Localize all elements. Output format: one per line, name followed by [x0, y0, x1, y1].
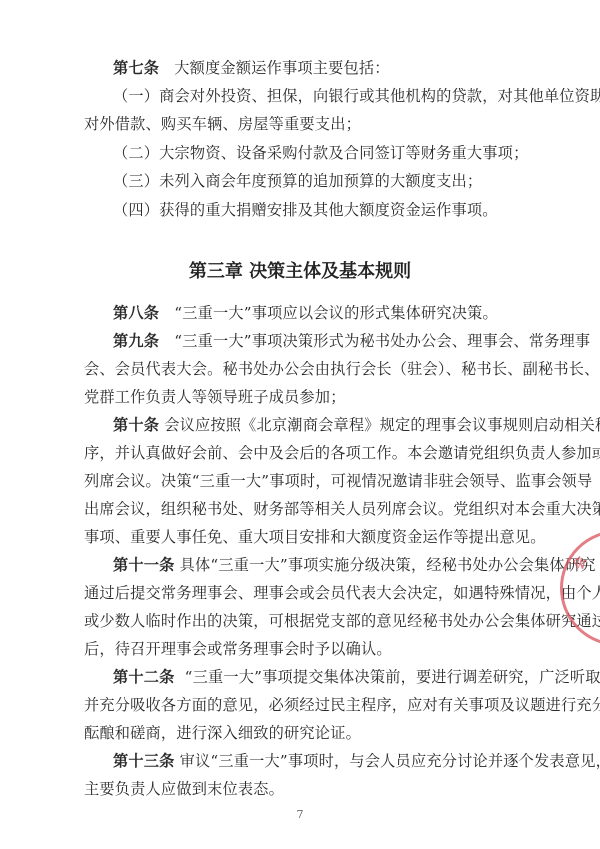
article-12-line-3: 酝酿和磋商，进行深入细致的研究论证。 — [84, 723, 361, 743]
page-number: 7 — [0, 808, 600, 821]
article-7-item-2: （二）大宗物资、设备采购付款及合同签订等财务重大事项； — [113, 143, 528, 163]
article-13-line-2: 主要负责人应做到末位表态。 — [84, 779, 284, 799]
article-10-line-1: 第十条 会议应按照《北京潮商会章程》规定的理事会议事规则启动相关程 — [113, 415, 600, 435]
article-9-line-3: 党群工作负责人等领导班子成员参加； — [84, 387, 346, 407]
article-7-heading: 第七条 — [113, 59, 159, 77]
article-9-line-2: 会、会员代表大会。秘书处办公会由执行会长（驻会）、秘书长、副秘书长、 — [84, 359, 600, 379]
article-7-item-1: （一）商会对外投资、担保，向银行或其他机构的贷款，对其他单位资助、 — [113, 86, 600, 106]
article-7-item-1-cont: 对外借款、购买车辆、房屋等重要支出； — [84, 114, 361, 134]
article-9-heading: 第九条 — [113, 332, 159, 350]
article-13-heading: 第十三条 — [113, 752, 175, 770]
article-7-item-3: （三）未列入商会年度预算的追加预算的大额度支出； — [113, 171, 482, 191]
article-11-line-1: 第十一条 具体“三重一大”事项实施分级决策，经秘书处办公会集体研究 — [113, 555, 596, 575]
article-9-line-1: 第九条 “三重一大”事项决策形式为秘书处办公会、理事会、常务理事 — [113, 331, 590, 351]
article-10-line-4: 出席会议，组织秘书处、财务部等相关人员列席会议。党组织对本会重大决策 — [84, 499, 600, 519]
document-page: 第七条 大额度金额运作事项主要包括： （一）商会对外投资、担保，向银行或其他机构… — [0, 0, 600, 849]
article-7-line-1: 第七条 大额度金额运作事项主要包括： — [113, 58, 390, 78]
article-11-line-4: 后，待召开理事会或常务理事会时予以确认。 — [84, 639, 392, 659]
article-10-line-3: 列席会议。决策“三重一大”事项时，可视情况邀请非驻会领导、监事会领导 — [84, 471, 592, 491]
article-10-line-5: 事项、重要人事任免、重大项目安排和大额度资金运作等提出意见。 — [84, 527, 546, 547]
article-10-heading: 第十条 — [113, 416, 159, 434]
article-11-heading: 第十一条 — [113, 556, 175, 574]
article-11-line-3: 或少数人临时作出的决策，可根据党支部的意见经秘书处办公会集体研究通过 — [84, 611, 600, 631]
article-10-line-2: 序，并认真做好会前、会中及会后的各项工作。本会邀请党组织负责人参加或 — [84, 443, 600, 463]
article-12-line-2: 并充分吸收各方面的意见，必须经过民主程序，应对有关事项及议题进行充分 — [84, 695, 600, 715]
article-13-line-1: 第十三条 审议“三重一大”事项时，与会人员应充分讨论并逐个发表意见， — [113, 751, 600, 771]
article-8-line-1: 第八条 “三重一大”事项应以会议的形式集体研究决策。 — [113, 303, 498, 323]
article-11-line-2: 通过后提交常务理事会、理事会或会员代表大会决定，如遇特殊情况，由个人 — [84, 583, 600, 603]
article-12-heading: 第十二条 — [113, 668, 175, 686]
chapter-title: 第三章 决策主体及基本规则 — [0, 257, 600, 283]
article-8-heading: 第八条 — [113, 304, 159, 322]
article-12-line-1: 第十二条 “三重一大”事项提交集体决策前，要进行调差研究，广泛听取 — [113, 667, 600, 687]
article-7-item-4: （四）获得的重大捐赠安排及其他大额度资金运作事项。 — [113, 200, 498, 220]
